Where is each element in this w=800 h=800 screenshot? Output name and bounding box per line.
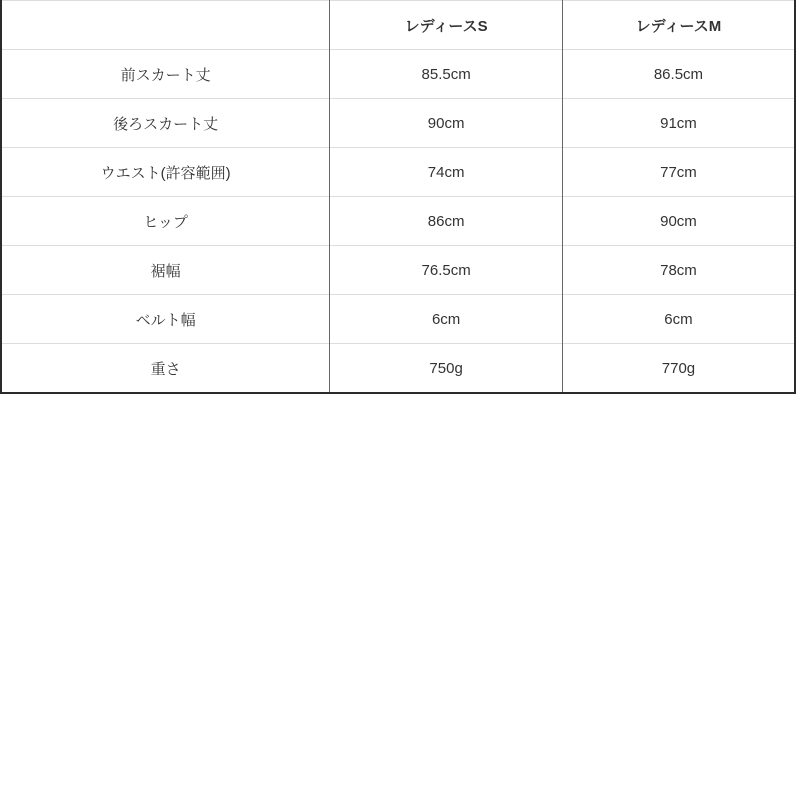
header-cell-blank bbox=[1, 1, 330, 50]
page: レディースS レディースM 前スカート丈 85.5cm 86.5cm 後ろスカー… bbox=[0, 0, 800, 800]
value-cell-m: 77cm bbox=[562, 148, 795, 197]
row-label-cell: 前スカート丈 bbox=[1, 50, 330, 99]
value-cell-s: 750g bbox=[330, 344, 563, 394]
value-cell-m: 6cm bbox=[562, 295, 795, 344]
row-label-cell: 裾幅 bbox=[1, 246, 330, 295]
value-cell-m: 91cm bbox=[562, 99, 795, 148]
table-row: ベルト幅 6cm 6cm bbox=[1, 295, 795, 344]
value-cell-s: 90cm bbox=[330, 99, 563, 148]
header-row: レディースS レディースM bbox=[1, 1, 795, 50]
row-label-cell: ヒップ bbox=[1, 197, 330, 246]
table-row: ヒップ 86cm 90cm bbox=[1, 197, 795, 246]
value-cell-s: 6cm bbox=[330, 295, 563, 344]
table-row: ウエスト(許容範囲) 74cm 77cm bbox=[1, 148, 795, 197]
header-cell-ladies-s: レディースS bbox=[330, 1, 563, 50]
value-cell-m: 78cm bbox=[562, 246, 795, 295]
row-label-cell: 重さ bbox=[1, 344, 330, 394]
value-cell-m: 770g bbox=[562, 344, 795, 394]
size-spec-table: レディースS レディースM 前スカート丈 85.5cm 86.5cm 後ろスカー… bbox=[0, 0, 796, 394]
value-cell-s: 85.5cm bbox=[330, 50, 563, 99]
value-cell-s: 76.5cm bbox=[330, 246, 563, 295]
table-row: 重さ 750g 770g bbox=[1, 344, 795, 394]
value-cell-m: 86.5cm bbox=[562, 50, 795, 99]
value-cell-s: 74cm bbox=[330, 148, 563, 197]
row-label-cell: 後ろスカート丈 bbox=[1, 99, 330, 148]
row-label-cell: ベルト幅 bbox=[1, 295, 330, 344]
row-label-cell: ウエスト(許容範囲) bbox=[1, 148, 330, 197]
table-row: 後ろスカート丈 90cm 91cm bbox=[1, 99, 795, 148]
table-row: 裾幅 76.5cm 78cm bbox=[1, 246, 795, 295]
table-row: 前スカート丈 85.5cm 86.5cm bbox=[1, 50, 795, 99]
header-cell-ladies-m: レディースM bbox=[562, 1, 795, 50]
value-cell-s: 86cm bbox=[330, 197, 563, 246]
value-cell-m: 90cm bbox=[562, 197, 795, 246]
